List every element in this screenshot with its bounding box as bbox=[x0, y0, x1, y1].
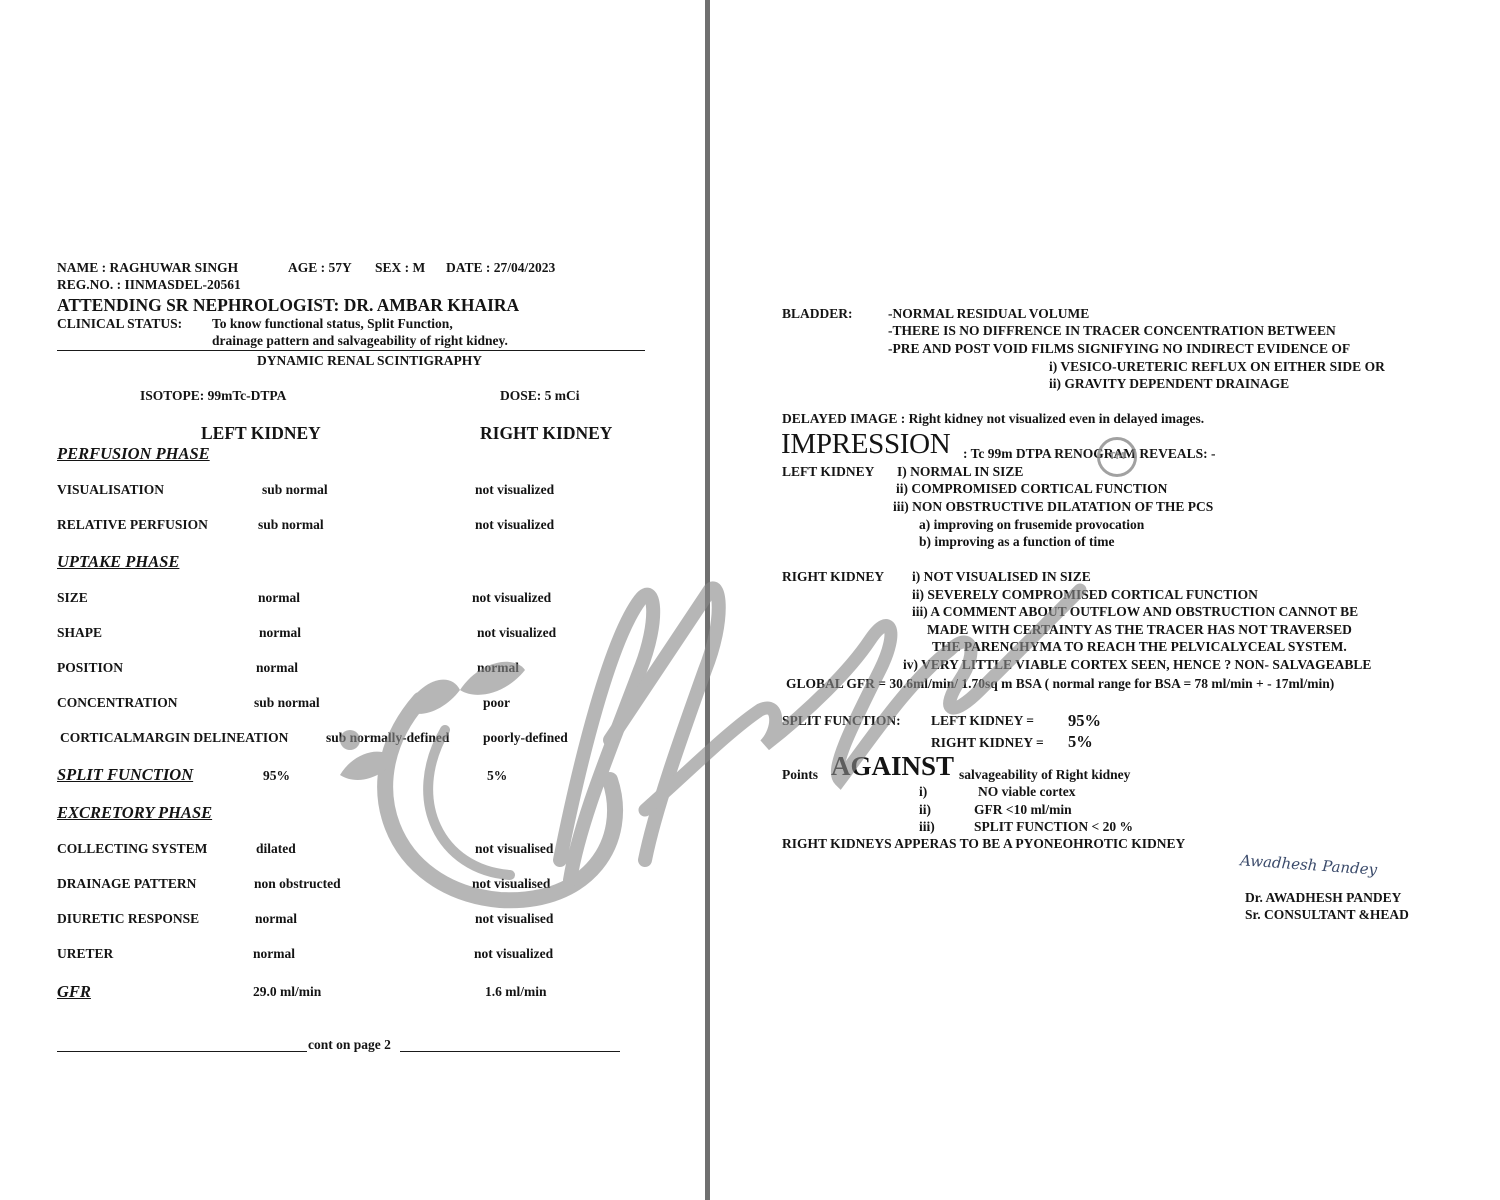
against-point-text: NO viable cortex bbox=[978, 784, 1075, 800]
left-finding: ii) COMPROMISED CORTICAL FUNCTION bbox=[896, 481, 1167, 497]
left-size: normal bbox=[258, 590, 300, 606]
page-divider bbox=[705, 0, 710, 1200]
row-label-diuretic-response: DIURETIC RESPONSE bbox=[57, 911, 199, 927]
trademark-icon: TM bbox=[1097, 437, 1137, 477]
against-heading: AGAINST bbox=[831, 751, 954, 782]
gfr-heading: GFR bbox=[57, 982, 91, 1002]
left-collecting-system: dilated bbox=[256, 841, 296, 857]
clinical-status-line-1: To know functional status, Split Functio… bbox=[212, 316, 453, 332]
patient-name: NAME : RAGHUWAR SINGH bbox=[57, 260, 238, 276]
right-size: not visualized bbox=[472, 590, 551, 606]
delayed-image-note: DELAYED IMAGE : Right kidney not visuali… bbox=[782, 411, 1204, 427]
dose: DOSE: 5 mCi bbox=[500, 388, 580, 404]
excretory-phase-heading: EXCRETORY PHASE bbox=[57, 803, 212, 823]
split-right-label: RIGHT KIDNEY = bbox=[931, 735, 1044, 751]
registration-number: REG.NO. : IINMASDEL-20561 bbox=[57, 277, 241, 293]
left-gfr: 29.0 ml/min bbox=[253, 984, 321, 1000]
against-point-text: GFR <10 ml/min bbox=[974, 802, 1072, 818]
attending-physician: ATTENDING SR NEPHROLOGIST: DR. AMBAR KHA… bbox=[57, 295, 519, 316]
right-finding: THE PARENCHYMA TO REACH THE PELVICALYCEA… bbox=[932, 639, 1347, 655]
row-label-visualisation: VISUALISATION bbox=[57, 482, 164, 498]
header-divider bbox=[57, 350, 645, 351]
right-finding: iii) A COMMENT ABOUT OUTFLOW AND OBSTRUC… bbox=[912, 604, 1358, 620]
split-left-value: 95% bbox=[1068, 711, 1101, 731]
signatory-name: Dr. AWADHESH PANDEY bbox=[1245, 890, 1401, 906]
right-split-function: 5% bbox=[487, 768, 507, 784]
left-finding: a) improving on frusemide provocation bbox=[919, 517, 1144, 533]
split-function-label: SPLIT FUNCTION: bbox=[782, 713, 901, 729]
right-drainage-pattern: not visualised bbox=[472, 876, 550, 892]
left-visualisation: sub normal bbox=[262, 482, 328, 498]
split-left-label: LEFT KIDNEY = bbox=[931, 713, 1034, 729]
against-subheading: salvageability of Right kidney bbox=[959, 767, 1130, 783]
right-concentration: poor bbox=[483, 695, 510, 711]
bladder-line: -PRE AND POST VOID FILMS SIGNIFYING NO I… bbox=[888, 341, 1350, 357]
impression-left-kidney-label: LEFT KIDNEY bbox=[782, 464, 874, 480]
split-right-value: 5% bbox=[1068, 732, 1093, 752]
bladder-line: -NORMAL RESIDUAL VOLUME bbox=[888, 306, 1089, 322]
row-label-collecting-system: COLLECTING SYSTEM bbox=[57, 841, 207, 857]
patient-age: AGE : 57Y bbox=[288, 260, 352, 276]
left-concentration: sub normal bbox=[254, 695, 320, 711]
right-collecting-system: not visualised bbox=[475, 841, 553, 857]
bladder-line: -THERE IS NO DIFFRENCE IN TRACER CONCENT… bbox=[888, 323, 1336, 339]
right-relative-perfusion: not visualized bbox=[475, 517, 554, 533]
study-title: DYNAMIC RENAL SCINTIGRAPHY bbox=[257, 353, 482, 369]
left-cortical-margin: sub normally-defined bbox=[326, 730, 449, 746]
right-position: normal bbox=[477, 660, 519, 676]
signature: Awadhesh Pandey bbox=[1240, 851, 1378, 879]
left-drainage-pattern: non obstructed bbox=[254, 876, 341, 892]
right-shape: not visualized bbox=[477, 625, 556, 641]
row-label-drainage-pattern: DRAINAGE PATTERN bbox=[57, 876, 196, 892]
left-split-function: 95% bbox=[263, 768, 290, 784]
bladder-line: i) VESICO-URETERIC REFLUX ON EITHER SIDE… bbox=[1049, 359, 1385, 375]
left-shape: normal bbox=[259, 625, 301, 641]
uptake-phase-heading: UPTAKE PHASE bbox=[57, 552, 179, 572]
continued-note: cont on page 2 bbox=[308, 1037, 391, 1053]
right-finding: iv) VERY LITTLE VIABLE CORTEX SEEN, HENC… bbox=[903, 657, 1371, 673]
impression-right-kidney-label: RIGHT KIDNEY bbox=[782, 569, 884, 585]
row-label-size: SIZE bbox=[57, 590, 88, 606]
left-position: normal bbox=[256, 660, 298, 676]
left-diuretic-response: normal bbox=[255, 911, 297, 927]
footer-rule-right bbox=[400, 1051, 620, 1052]
global-gfr: GLOBAL GFR = 30.6ml/min/ 1.70sq m BSA ( … bbox=[786, 676, 1334, 692]
row-label-position: POSITION bbox=[57, 660, 123, 676]
impression-heading: IMPRESSION bbox=[781, 428, 950, 461]
footer-rule-left bbox=[57, 1051, 307, 1052]
clinical-status-label: CLINICAL STATUS: bbox=[57, 316, 182, 332]
right-diuretic-response: not visualised bbox=[475, 911, 553, 927]
column-header-left-kidney: LEFT KIDNEY bbox=[201, 423, 321, 444]
right-finding: i) NOT VISUALISED IN SIZE bbox=[912, 569, 1091, 585]
row-label-shape: SHAPE bbox=[57, 625, 102, 641]
right-ureter: not visualized bbox=[474, 946, 553, 962]
perfusion-phase-heading: PERFUSION PHASE bbox=[57, 444, 210, 464]
bladder-label: BLADDER: bbox=[782, 306, 853, 322]
against-point-text: SPLIT FUNCTION < 20 % bbox=[974, 819, 1133, 835]
conclusion: RIGHT KIDNEYS APPERAS TO BE A PYONEOHROT… bbox=[782, 836, 1185, 852]
left-finding: b) improving as a function of time bbox=[919, 534, 1115, 550]
split-function-heading: SPLIT FUNCTION bbox=[57, 765, 193, 785]
right-gfr: 1.6 ml/min bbox=[485, 984, 547, 1000]
against-point-number: iii) bbox=[919, 819, 935, 835]
right-finding: MADE WITH CERTAINTY AS THE TRACER HAS NO… bbox=[927, 622, 1352, 638]
left-ureter: normal bbox=[253, 946, 295, 962]
row-label-concentration: CONCENTRATION bbox=[57, 695, 178, 711]
against-point-number: ii) bbox=[919, 802, 931, 818]
right-cortical-margin: poorly-defined bbox=[483, 730, 568, 746]
row-label-ureter: URETER bbox=[57, 946, 113, 962]
clinical-status-line-2: drainage pattern and salvageability of r… bbox=[212, 333, 508, 349]
right-visualisation: not visualized bbox=[475, 482, 554, 498]
signatory-title: Sr. CONSULTANT &HEAD bbox=[1245, 907, 1409, 923]
impression-subheading: : Tc 99m DTPA RENOGRAM REVEALS: - bbox=[963, 446, 1216, 462]
left-finding: iii) NON OBSTRUCTIVE DILATATION OF THE P… bbox=[893, 499, 1213, 515]
left-relative-perfusion: sub normal bbox=[258, 517, 324, 533]
row-label-relative-perfusion: RELATIVE PERFUSION bbox=[57, 517, 208, 533]
isotope: ISOTOPE: 99mTc-DTPA bbox=[140, 388, 286, 404]
row-label-cortical-margin: CORTICALMARGIN DELINEATION bbox=[60, 730, 288, 746]
patient-sex: SEX : M bbox=[375, 260, 425, 276]
report-date: DATE : 27/04/2023 bbox=[446, 260, 555, 276]
right-finding: ii) SEVERELY COMPROMISED CORTICAL FUNCTI… bbox=[912, 587, 1258, 603]
column-header-right-kidney: RIGHT KIDNEY bbox=[480, 423, 612, 444]
left-finding: I) NORMAL IN SIZE bbox=[897, 464, 1023, 480]
against-point-number: i) bbox=[919, 784, 927, 800]
bladder-line: ii) GRAVITY DEPENDENT DRAINAGE bbox=[1049, 376, 1289, 392]
points-label: Points bbox=[782, 767, 818, 783]
